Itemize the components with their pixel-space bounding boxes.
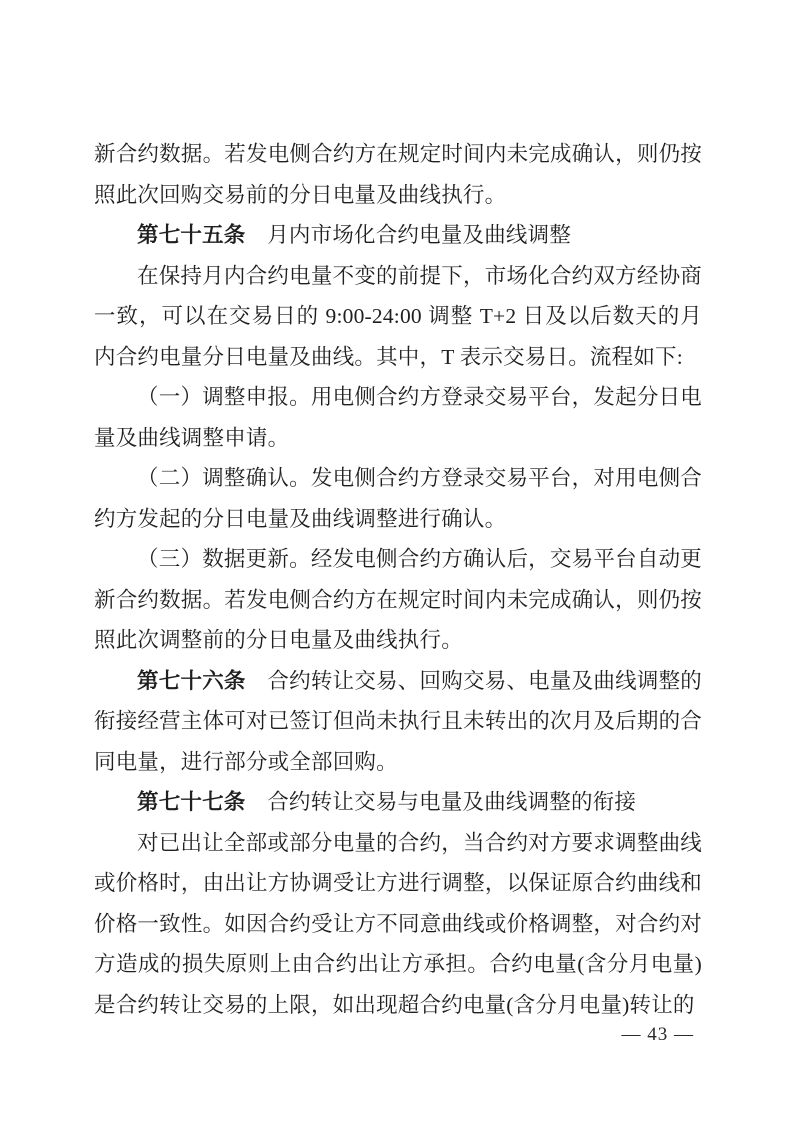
- body-paragraph: （一）调整申报。用电侧合约方登录交易平台，发起分日电量及曲线调整申请。: [94, 377, 702, 458]
- paragraph-text: 新合约数据。若发电侧合约方在规定时间内未完成确认，则仍按照此次回购交易前的分日电…: [94, 142, 702, 207]
- paragraph-text: （三）数据更新。经发电侧合约方确认后，交易平台自动更新合约数据。若发电侧合约方在…: [94, 547, 702, 652]
- paragraph-text: 合约转让交易与电量及曲线调整的衔接: [246, 790, 637, 814]
- article-paragraph: 第七十六条 合约转让交易、回购交易、电量及曲线调整的衔接经营主体可对已签订但尚未…: [94, 661, 702, 783]
- paragraph-text: （二）调整确认。发电侧合约方登录交易平台，对用电侧合约方发起的分日电量及曲线调整…: [94, 466, 702, 531]
- body-paragraph: 在保持月内合约电量不变的前提下，市场化合约双方经协商一致，可以在交易日的 9:0…: [94, 256, 702, 378]
- page-number: — 43 —: [622, 1024, 695, 1046]
- article-paragraph: 第七十五条 月内市场化合约电量及曲线调整: [94, 215, 702, 256]
- article-paragraph: 第七十七条 合约转让交易与电量及曲线调整的衔接: [94, 782, 702, 823]
- paragraph-text: （一）调整申报。用电侧合约方登录交易平台，发起分日电量及曲线调整申请。: [94, 385, 702, 450]
- body-paragraph: 新合约数据。若发电侧合约方在规定时间内未完成确认，则仍按照此次回购交易前的分日电…: [94, 134, 702, 215]
- paragraph-text: 在保持月内合约电量不变的前提下，市场化合约双方经协商一致，可以在交易日的 9:0…: [94, 264, 702, 369]
- article-number: 第七十七条: [137, 790, 246, 814]
- document-body: 新合约数据。若发电侧合约方在规定时间内未完成确认，则仍按照此次回购交易前的分日电…: [94, 134, 702, 1025]
- body-paragraph: （三）数据更新。经发电侧合约方确认后，交易平台自动更新合约数据。若发电侧合约方在…: [94, 539, 702, 661]
- body-paragraph: 对已出让全部或部分电量的合约，当合约对方要求调整曲线或价格时，由出让方协调受让方…: [94, 823, 702, 1026]
- article-number: 第七十六条: [137, 669, 246, 693]
- article-number: 第七十五条: [137, 223, 246, 247]
- paragraph-text: 对已出让全部或部分电量的合约，当合约对方要求调整曲线或价格时，由出让方协调受让方…: [94, 831, 702, 1017]
- document-page: 新合约数据。若发电侧合约方在规定时间内未完成确认，则仍按照此次回购交易前的分日电…: [0, 0, 794, 1123]
- paragraph-text: 月内市场化合约电量及曲线调整: [246, 223, 572, 247]
- body-paragraph: （二）调整确认。发电侧合约方登录交易平台，对用电侧合约方发起的分日电量及曲线调整…: [94, 458, 702, 539]
